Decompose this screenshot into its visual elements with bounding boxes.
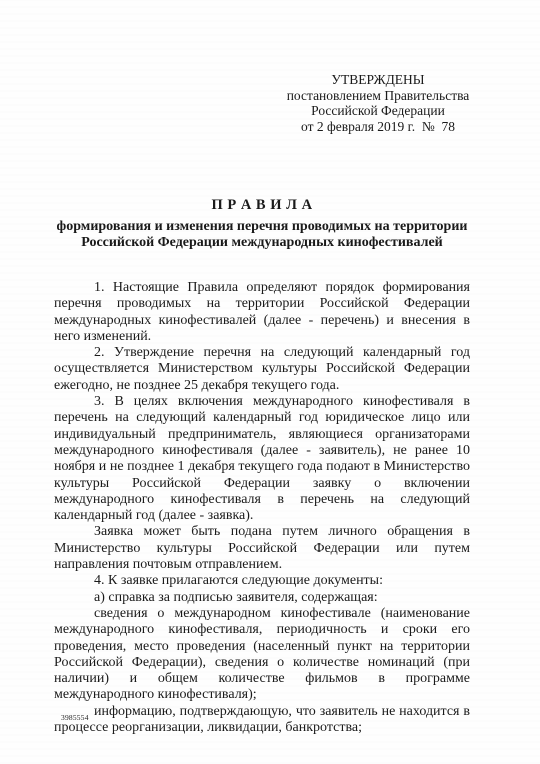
approval-line: от 2 февраля 2019 г. № 78 xyxy=(270,119,486,135)
paragraph: Заявка может быть подана путем личного о… xyxy=(54,524,470,573)
approval-line: Российской Федерации xyxy=(270,103,486,119)
paragraph: а) справка за подписью заявителя, содерж… xyxy=(54,590,470,606)
approval-line: постановлением Правительства xyxy=(270,88,486,104)
paragraph: сведения о международном кинофестивале (… xyxy=(54,606,470,704)
document-title: П Р А В И Л А xyxy=(54,197,470,214)
paragraph: 4. К заявке прилагаются следующие докуме… xyxy=(54,573,470,589)
document-page: УТВЕРЖДЕНЫ постановлением Правительства … xyxy=(0,0,540,764)
paragraph: 1. Настоящие Правила определяют порядок … xyxy=(54,280,470,345)
footer-document-number: 3985554 xyxy=(61,713,89,722)
paragraph: 3. В целях включения международного кино… xyxy=(54,394,470,524)
approval-block: УТВЕРЖДЕНЫ постановлением Правительства … xyxy=(270,72,486,134)
paragraph: информацию, подтверждающую, что заявител… xyxy=(54,704,470,737)
approval-line: УТВЕРЖДЕНЫ xyxy=(270,72,486,88)
document-subtitle: формирования и изменения перечня проводи… xyxy=(54,219,470,250)
document-body: 1. Настоящие Правила определяют порядок … xyxy=(54,280,470,736)
paragraph: 2. Утверждение перечня на следующий кале… xyxy=(54,345,470,394)
